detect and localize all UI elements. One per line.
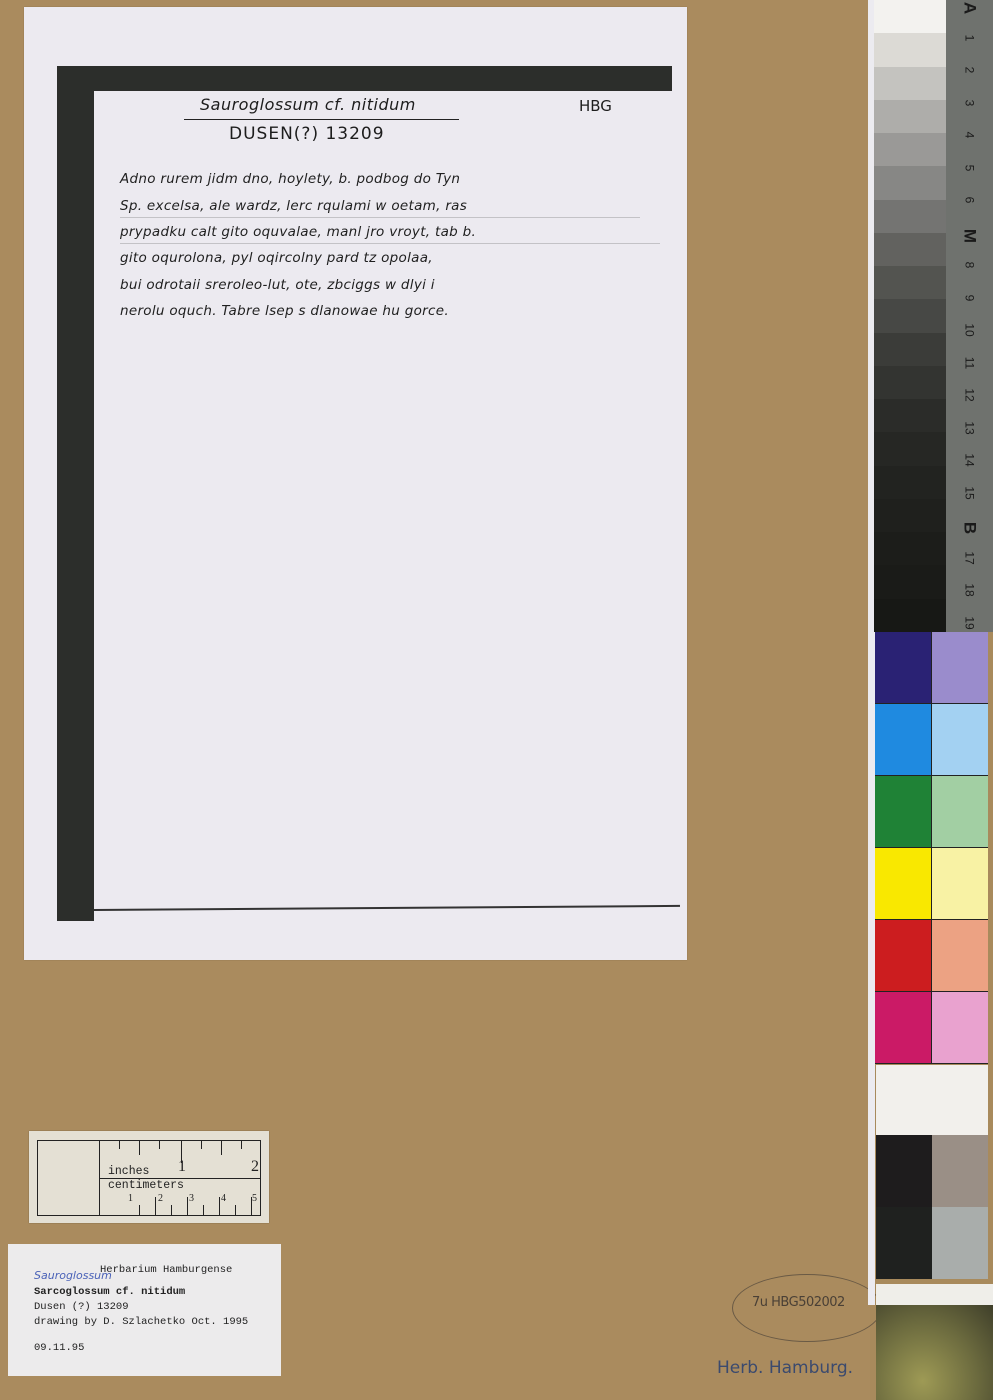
label-drawing-credit: drawing by D. Szlachetko Oct. 1995 xyxy=(34,1316,248,1328)
color-patch xyxy=(875,848,931,919)
gray-patch xyxy=(874,67,947,100)
gray-patch xyxy=(874,532,947,565)
color-patch xyxy=(875,992,931,1063)
white-patch xyxy=(876,1065,988,1135)
gray-patch xyxy=(874,432,947,465)
scale-ruler: inches 1 2 centimeters 1 2 3 4 5 xyxy=(29,1131,269,1223)
ruler-inch-2: 2 xyxy=(251,1158,259,1176)
sheet-title-collector: DUSEN(?) 13209 xyxy=(229,124,385,144)
gray-scale-labels: A123456M89101112131415B171819 xyxy=(946,0,993,632)
herbarium-stamp: Herb. Hamburg. xyxy=(717,1358,853,1378)
drawing-sheet: Sauroglossum cf. nitidum DUSEN(?) 13209 … xyxy=(24,7,687,960)
note-line: gito oqurolona, pyl oqircolny pard tz op… xyxy=(120,250,433,266)
tone-patch xyxy=(876,1135,932,1207)
tone-patch xyxy=(932,1135,988,1207)
frame-border-left xyxy=(57,66,94,921)
ruler-cm-label: centimeters xyxy=(108,1179,184,1192)
color-patch xyxy=(931,704,988,775)
color-patch xyxy=(931,920,988,991)
color-patch xyxy=(931,992,988,1063)
label-annotation: Sauroglossum xyxy=(34,1269,112,1282)
color-patch xyxy=(931,848,988,919)
ruler-blank-area xyxy=(38,1141,100,1215)
note-line: Sp. excelsa, ale wardz, lerc rqulami w o… xyxy=(120,198,467,214)
color-chart-bottom xyxy=(876,1284,993,1305)
color-patch xyxy=(875,920,931,991)
label-institution: Herbarium Hamburgense xyxy=(100,1264,232,1276)
frame-border-top xyxy=(57,66,672,91)
gray-patch xyxy=(874,33,947,66)
color-patch xyxy=(875,704,931,775)
dark-patch-grid xyxy=(876,1135,988,1279)
scan-noise xyxy=(120,243,660,244)
ruler-cm-1: 1 xyxy=(128,1193,133,1204)
scan-noise xyxy=(120,217,640,218)
color-patch xyxy=(875,776,931,847)
color-patch-grid xyxy=(875,632,988,1064)
ruler-cm-3: 3 xyxy=(189,1193,194,1204)
title-underline xyxy=(184,119,459,120)
gray-patch xyxy=(874,565,947,598)
sheet-title-taxon: Sauroglossum cf. nitidum xyxy=(200,95,416,114)
gray-patch xyxy=(874,133,947,166)
ruler-frame: inches 1 2 centimeters 1 2 3 4 5 xyxy=(37,1140,261,1216)
herbarium-label: Herbarium Hamburgense Sauroglossum Sarco… xyxy=(8,1244,281,1376)
ruler-cm-4: 4 xyxy=(221,1193,226,1204)
label-collector: Dusen (?) 13209 xyxy=(34,1301,129,1313)
barcode-number: 7u HBG502002 xyxy=(752,1295,845,1310)
gray-patch xyxy=(874,399,947,432)
note-line: prypadku calt gito oquvalae, manl jro vr… xyxy=(120,224,476,240)
gray-patch xyxy=(874,166,947,199)
ruler-cm-2: 2 xyxy=(158,1193,163,1204)
gray-patch xyxy=(874,200,947,233)
note-line: Adno rurem jidm dno, hoylety, b. podbog … xyxy=(120,171,460,187)
color-patch xyxy=(931,776,988,847)
gray-patch xyxy=(874,599,947,632)
label-date: 09.11.95 xyxy=(34,1342,84,1354)
gray-patch xyxy=(874,100,947,133)
tone-patch xyxy=(932,1207,988,1279)
gray-patch xyxy=(874,499,947,532)
gray-patch xyxy=(874,0,947,33)
gray-scale-strip xyxy=(874,0,947,632)
gray-patch xyxy=(874,299,947,332)
label-taxon: Sarcoglossum cf. nitidum xyxy=(34,1286,185,1298)
gray-patch xyxy=(874,333,947,366)
tone-patch xyxy=(876,1207,932,1279)
ruler-inch-1: 1 xyxy=(178,1158,186,1176)
ruler-cm-5: 5 xyxy=(252,1193,257,1204)
gray-patch xyxy=(874,466,947,499)
color-patch xyxy=(931,632,988,703)
scanner-background xyxy=(876,1305,993,1400)
note-line: nerolu oquch. Tabre lsep s dlanowae hu g… xyxy=(120,303,449,319)
herbarium-code: HBG xyxy=(579,97,612,115)
color-patch xyxy=(875,632,931,703)
gray-patch xyxy=(874,366,947,399)
gray-patch xyxy=(874,233,947,266)
note-line: bui odrotaii sreroleo-lut, ote, zbciggs … xyxy=(120,277,435,293)
frame-border-bottom xyxy=(94,905,680,911)
ruler-inches-label: inches xyxy=(108,1165,149,1178)
gray-patch xyxy=(874,266,947,299)
